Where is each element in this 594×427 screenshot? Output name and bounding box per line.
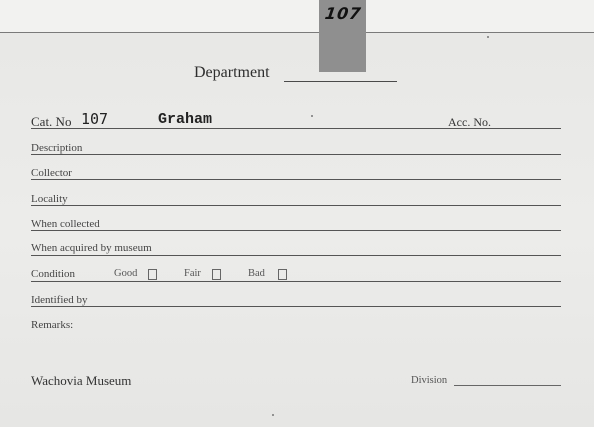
paper-speck — [272, 414, 274, 416]
collector-label: Collector — [31, 167, 72, 179]
identified-by-field[interactable] — [31, 306, 561, 307]
checkbox-good[interactable] — [148, 269, 157, 280]
description-field[interactable] — [31, 154, 561, 155]
checkbox-fair[interactable] — [212, 269, 221, 280]
collector-field[interactable] — [31, 179, 561, 180]
remarks-label: Remarks: — [31, 319, 73, 331]
checkbox-bad[interactable] — [278, 269, 287, 280]
department-label: Department — [194, 64, 270, 82]
locality-field[interactable] — [31, 205, 561, 206]
department-field[interactable] — [284, 81, 397, 82]
condition-bad[interactable]: Bad — [248, 268, 287, 279]
paper-speck — [487, 36, 489, 38]
description-label: Description — [31, 142, 82, 154]
cat-no-rule — [31, 128, 561, 129]
tab-number: 107 — [324, 4, 363, 23]
when-acquired-label: When acquired by museum — [31, 242, 152, 254]
condition-rule — [31, 281, 561, 282]
index-tab: 107 — [319, 0, 366, 72]
condition-bad-label: Bad — [248, 268, 265, 279]
locality-label: Locality — [31, 193, 68, 205]
identified-by-label: Identified by — [31, 294, 88, 306]
condition-fair[interactable]: Fair — [184, 268, 221, 279]
condition-fair-label: Fair — [184, 268, 201, 279]
division-field[interactable] — [454, 385, 561, 386]
museum-name: Wachovia Museum — [31, 373, 131, 389]
name-value: Graham — [158, 111, 212, 128]
condition-good[interactable]: Good — [114, 268, 157, 279]
division-label: Division — [411, 375, 447, 386]
paper-speck — [311, 115, 313, 117]
cat-no-value: 107 — [81, 110, 108, 128]
when-acquired-field[interactable] — [31, 255, 561, 256]
condition-label: Condition — [31, 268, 75, 280]
when-collected-field[interactable] — [31, 230, 561, 231]
condition-good-label: Good — [114, 268, 137, 279]
card-top-band — [0, 0, 594, 33]
when-collected-label: When collected — [31, 218, 100, 230]
